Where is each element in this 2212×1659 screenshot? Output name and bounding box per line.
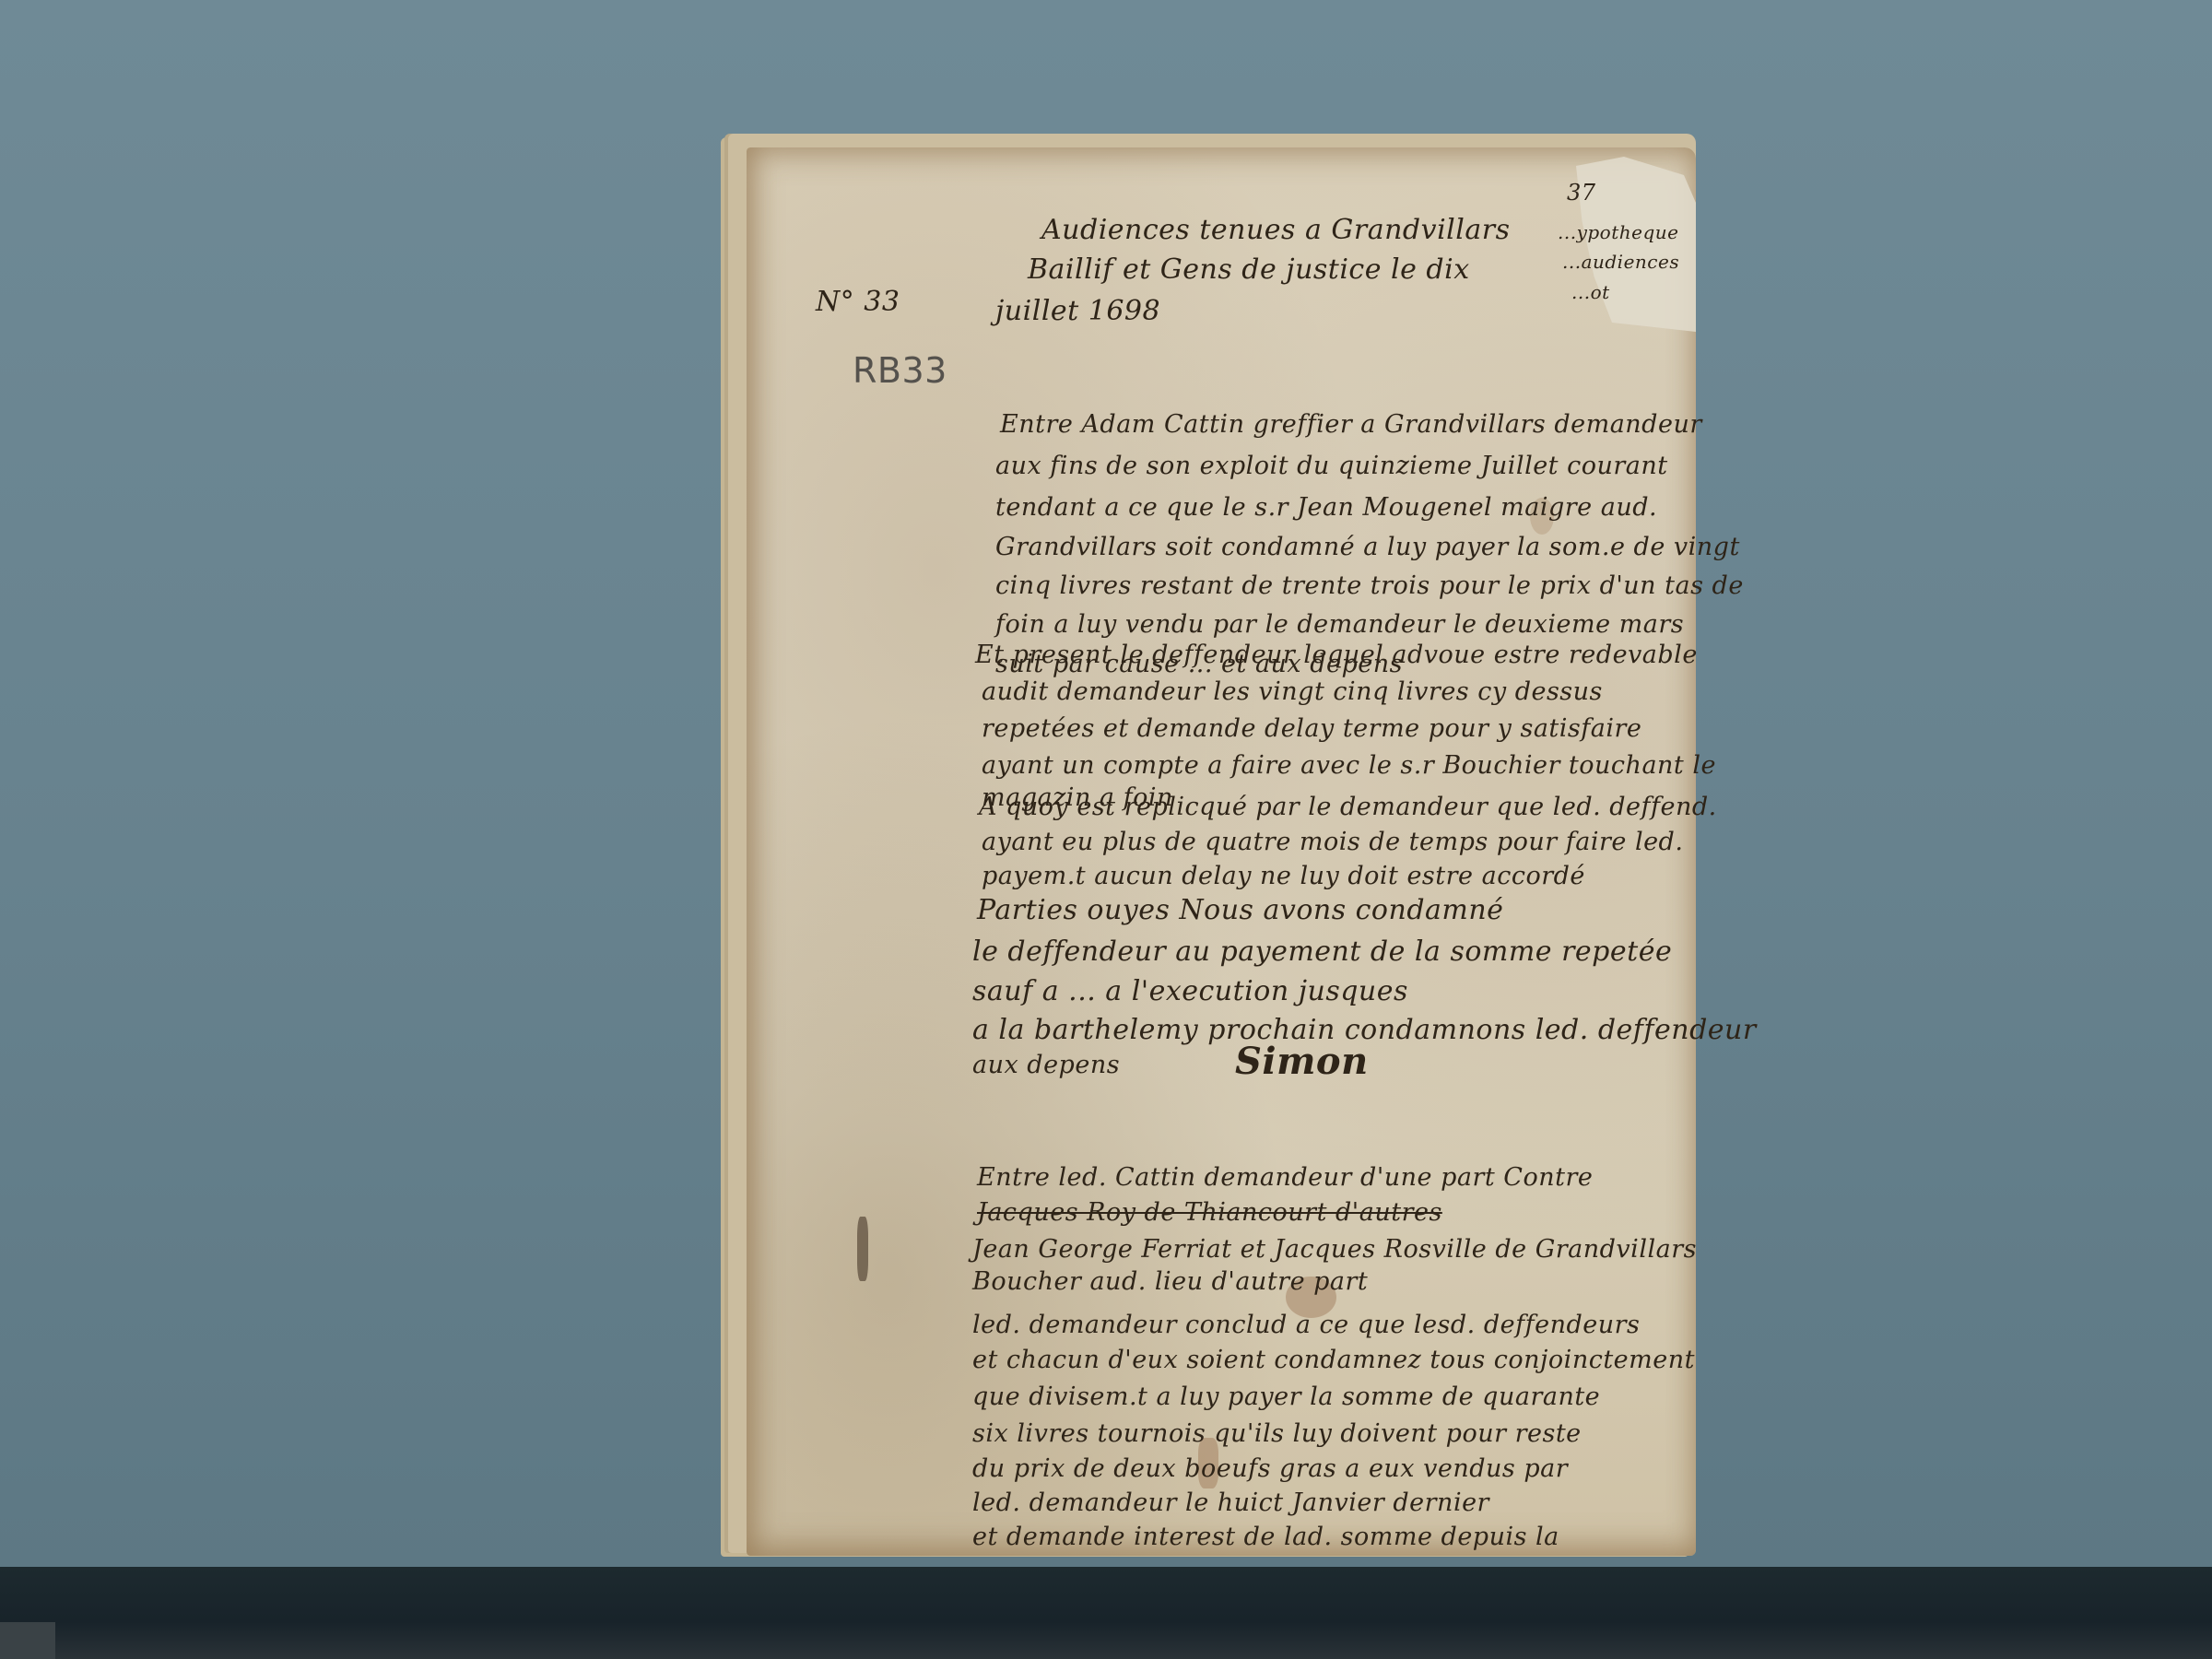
text-line: payem.t aucun delay ne luy doit estre ac… bbox=[982, 862, 1585, 890]
text-line: Entre Adam Cattin greffier a Grandvillar… bbox=[1000, 410, 1702, 439]
text-line: ayant un compte a faire avec le s.r Bouc… bbox=[982, 751, 1716, 780]
header-line: Audiences tenues a Grandvillars bbox=[1041, 214, 1510, 246]
signature: Simon bbox=[1235, 1040, 1369, 1083]
dark-shelf bbox=[0, 1567, 2212, 1659]
header-line: juillet 1698 bbox=[995, 295, 1160, 327]
text-line: et demande interest de lad. somme depuis… bbox=[972, 1523, 1559, 1551]
header-fragment: ...audiences bbox=[1562, 251, 1679, 273]
text-line: le deffendeur au payement de la somme re… bbox=[972, 935, 1672, 968]
text-line: six livres tournois qu'ils luy doivent p… bbox=[972, 1419, 1582, 1448]
text-line: A quoy est replicqué par le demandeur qu… bbox=[979, 793, 1717, 821]
text-line: Jean George Ferriat et Jacques Rosville … bbox=[972, 1235, 1697, 1264]
text-line: repetées et demande delay terme pour y s… bbox=[982, 714, 1641, 743]
ink-stain bbox=[857, 1217, 868, 1281]
text-line: cinq livres restant de trente trois pour… bbox=[995, 571, 1744, 600]
struck-text-line: Jacques Roy de Thiancourt d'autres bbox=[977, 1198, 1442, 1227]
shelf-edge bbox=[0, 1622, 55, 1659]
page-number: 37 bbox=[1567, 180, 1596, 206]
text-line: Boucher aud. lieu d'autre part bbox=[972, 1267, 1368, 1296]
text-line: ayant eu plus de quatre mois de temps po… bbox=[982, 828, 1683, 856]
text-line: sauf a ... a l'execution jusques bbox=[972, 975, 1408, 1007]
text-line: led. demandeur conclud a ce que lesd. de… bbox=[972, 1311, 1640, 1339]
text-line: aux depens bbox=[972, 1051, 1120, 1079]
text-line: led. demandeur le huict Janvier dernier bbox=[972, 1488, 1489, 1517]
text-line: Grandvillars soit condamné a luy payer l… bbox=[995, 533, 1740, 561]
text-line: du prix de deux boeufs gras a eux vendus… bbox=[972, 1454, 1568, 1483]
text-line: audit demandeur les vingt cinq livres cy… bbox=[982, 677, 1603, 706]
text-line: Entre led. Cattin demandeur d'une part C… bbox=[977, 1163, 1593, 1192]
pencil-mark: RB33 bbox=[853, 350, 947, 391]
text-line: Et present le deffendeur lequel advoue e… bbox=[975, 641, 1698, 669]
text-line: et chacun d'eux soient condamnez tous co… bbox=[972, 1346, 1695, 1374]
header-fragment: ...ot bbox=[1571, 281, 1610, 303]
text-line: aux fins de son exploit du quinzieme Jui… bbox=[995, 452, 1668, 480]
header-line: Baillif et Gens de justice le dix bbox=[1028, 253, 1470, 286]
file-number: N° 33 bbox=[816, 286, 900, 318]
text-line: Parties ouyes Nous avons condamné bbox=[977, 894, 1503, 926]
text-line: que divisem.t a luy payer la somme de qu… bbox=[972, 1382, 1600, 1411]
text-line: tendant a ce que le s.r Jean Mougenel ma… bbox=[995, 493, 1657, 522]
text-line: foin a luy vendu par le demandeur le deu… bbox=[995, 610, 1684, 639]
header-fragment: ...ypotheque bbox=[1558, 221, 1679, 243]
